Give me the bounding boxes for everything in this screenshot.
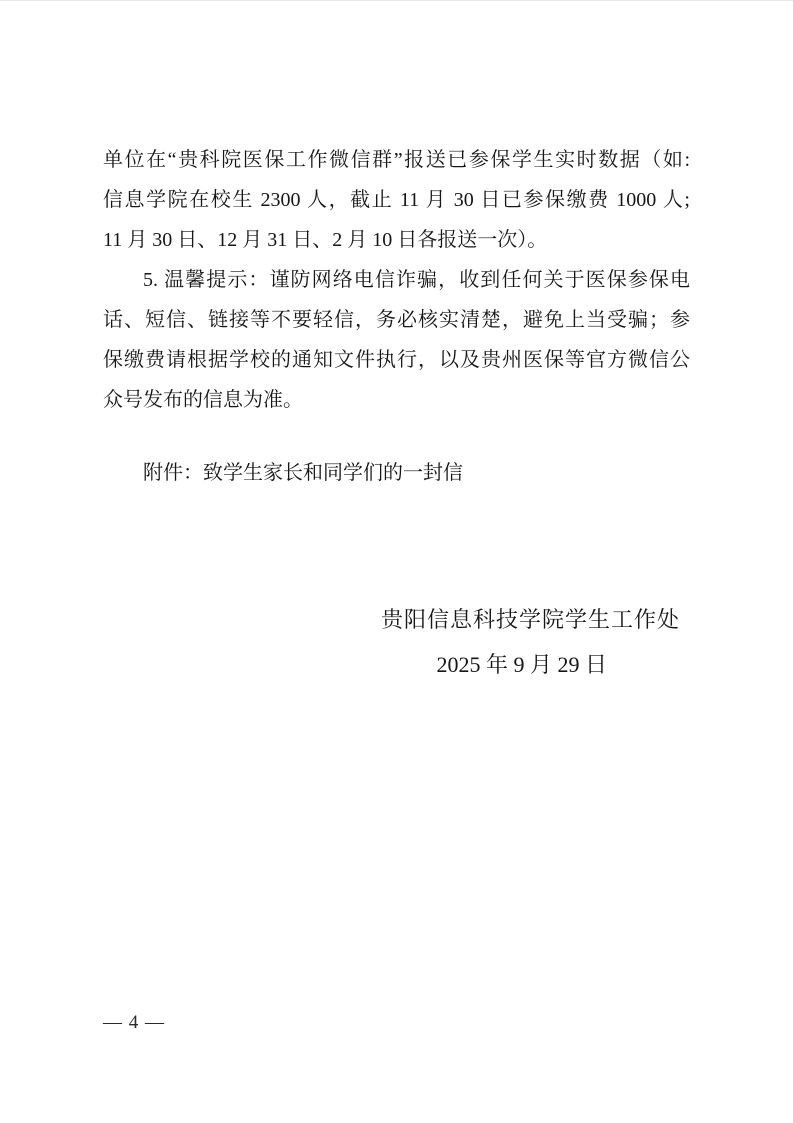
body-line: 11 月 30 日、12 月 31 日、2 月 10 日各报送一次）。 xyxy=(103,220,690,260)
body-line: 信息学院在校生 2300 人，截止 11 月 30 日已参保缴费 1000 人; xyxy=(103,180,690,220)
body-line: 话、短信、链接等不要轻信，务必核实清楚，避免上当受骗；参 xyxy=(103,300,690,340)
date-line: 2025 年 9 月 29 日 xyxy=(436,650,607,680)
body-line-paragraph-start: 5. 温馨提示：谨防网络电信诈骗，收到任何关于医保参保电 xyxy=(103,260,690,300)
body-line: 单位在“贵科院医保工作微信群”报送已参保学生实时数据（如: xyxy=(103,140,690,180)
body-line: 众号发布的信息为准。 xyxy=(103,380,690,420)
body-line: 保缴费请根据学校的通知文件执行，以及贵州医保等官方微信公 xyxy=(103,340,690,380)
signature-line: 贵阳信息科技学院学生工作处 xyxy=(381,605,680,635)
attachment-line: 附件：致学生家长和同学们的一封信 xyxy=(103,453,690,493)
page-number: — 4 — xyxy=(103,1011,165,1035)
body-text-block: 单位在“贵科院医保工作微信群”报送已参保学生实时数据（如: 信息学院在校生 23… xyxy=(103,140,690,420)
document-page: 单位在“贵科院医保工作微信群”报送已参保学生实时数据（如: 信息学院在校生 23… xyxy=(0,0,793,1123)
